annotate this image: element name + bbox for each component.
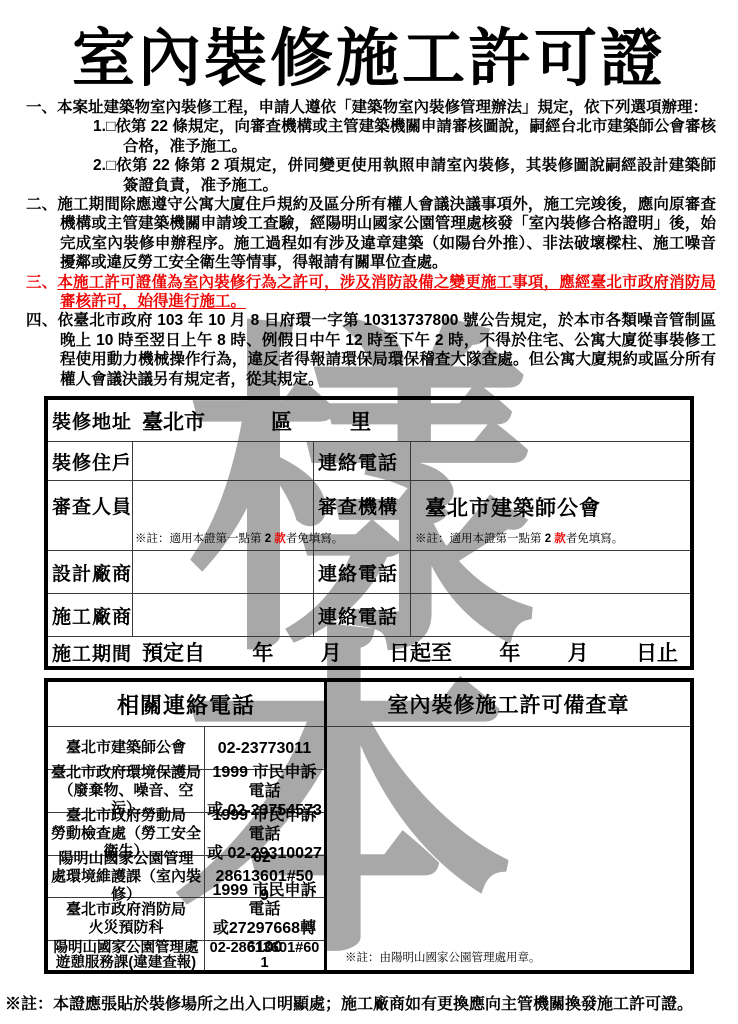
sub-item-text: 依第 22 條第 2 項規定，併同變更使用執照申請室內裝修，其裝修圖說嗣經設計建…: [116, 157, 716, 193]
review-org-label: 審查機構: [313, 481, 410, 550]
period-part: 年: [499, 637, 520, 667]
period-value-field: 預定自 年 月 日起至 年 月 日止: [132, 637, 690, 667]
contact-phone-value-field: [410, 594, 690, 636]
notice-item-1-sub-1: 1.□依第 22 條規定，向審查機構或主管建築機關申請審核圖說，嗣經台北市建築師…: [26, 117, 716, 156]
notice-section: 一、本案址建築物室內裝修工程，申請人遵依「建築物室內裝修管理辦法」規定，依下列選…: [26, 98, 716, 389]
reviewer-label: 審查人員: [48, 481, 132, 550]
item-text: 本施工許可證僅為室內裝修行為之許可，涉及消防設備之變更施工事項，應經臺北市政府消…: [57, 274, 716, 310]
form-row-contractor: 施工廠商 連絡電話: [48, 594, 690, 637]
item-text: 依臺北市政府 103 年 10 月 8 日府環一字第 10313737800 號…: [58, 312, 716, 387]
stamp-note: ※註：由陽明山國家公園管理處用章。: [345, 949, 541, 965]
address-district: 區: [271, 406, 292, 436]
checkbox-icon: □: [106, 157, 116, 174]
address-village: 里: [350, 406, 371, 436]
item-text: 本案址建築物室內裝修工程，申請人遵依「建築物室內裝修管理辦法」規定，依下列選項辦…: [57, 99, 708, 116]
notice-item-2: 二、施工期間除應遵守公寓大廈住戶規約及區分所有權人會議決議事項外，施工完竣後，應…: [26, 195, 716, 273]
form-row-resident: 裝修住戶 連絡電話: [48, 442, 690, 481]
permit-form-table: 裝修地址 臺北市 區 里 裝修住戶 連絡電話 審查人員 ※註：適用本證第一點第 …: [44, 396, 694, 670]
item-number: 四、: [26, 312, 58, 329]
period-label: 施工期間: [48, 637, 132, 667]
period-part: 預定自: [142, 637, 205, 667]
address-value-field: 臺北市 區 里: [132, 400, 690, 441]
address-label: 裝修地址: [48, 400, 132, 441]
contact-phone-label: 連絡電話: [313, 551, 410, 593]
contractor-label: 施工廠商: [48, 594, 132, 636]
notice-item-4: 四、依臺北市政府 103 年 10 月 8 日府環一字第 10313737800…: [26, 311, 716, 389]
table-row-agency: 陽明山國家公園管理處遊憩服務課(違建查報): [48, 941, 205, 971]
checkbox-icon: □: [106, 118, 115, 135]
stamp-area: ※註：由陽明山國家公園管理處用章。: [324, 727, 690, 971]
item-number: 一、: [26, 99, 57, 116]
contact-phone-table: 相關連絡電話 室內裝修施工許可備查章 ※註：由陽明山國家公園管理處用章。 臺北市…: [44, 678, 694, 974]
sub-item-text: 依第 22 條規定，向審查機構或主管建築機關申請審核圖說，嗣經台北市建築師公會審…: [115, 118, 716, 154]
review-org-value: 臺北市建築師公會: [411, 481, 690, 522]
period-part: 日起至: [389, 637, 452, 667]
reviewer-value-field: ※註：適用本證第一點第 2 款者免填寫。: [132, 481, 313, 550]
item-number: 二、: [26, 196, 57, 213]
table-row-phone: 1999 市民申訴電話或27297668轉6100: [205, 898, 324, 941]
table-row-agency: 陽明山國家公園管理處環境維護課（室內裝修）: [48, 856, 205, 898]
contact-phone-label: 連絡電話: [313, 594, 410, 636]
table-row-phone: 02-28613601#601: [205, 941, 324, 971]
contact-phone-value-field: [410, 442, 690, 480]
stamp-header: 室內裝修施工許可備查章: [324, 682, 690, 727]
form-row-reviewer: 審查人員 ※註：適用本證第一點第 2 款者免填寫。 審查機構 臺北市建築師公會 …: [48, 481, 690, 551]
notice-item-3-red: 三、本施工許可證僅為室內裝修行為之許可，涉及消防設備之變更施工事項，應經臺北市政…: [26, 273, 716, 312]
form-row-address: 裝修地址 臺北市 區 里: [48, 400, 690, 442]
notice-item-1: 一、本案址建築物室內裝修工程，申請人遵依「建築物室內裝修管理辦法」規定，依下列選…: [26, 98, 716, 117]
contractor-value-field: [132, 594, 313, 636]
period-part: 月: [568, 637, 589, 667]
contact-phone-label: 連絡電話: [313, 442, 410, 480]
period-part: 月: [321, 637, 342, 667]
item-text: 施工期間除應遵守公寓大廈住戶規約及區分所有權人會議決議事項外，施工完竣後，應向原…: [57, 196, 716, 271]
contact-phone-value-field: [410, 551, 690, 593]
resident-label: 裝修住戶: [48, 442, 132, 480]
designer-label: 設計廠商: [48, 551, 132, 593]
table-row-agency: 臺北市政府消防局火災預防科: [48, 898, 205, 941]
item-number: 三、: [26, 274, 57, 291]
period-part: 日止: [636, 637, 678, 667]
document-title: 室內裝修施工許可證: [0, 8, 738, 99]
designer-value-field: [132, 551, 313, 593]
address-city: 臺北市: [142, 406, 205, 436]
notice-item-1-sub-2: 2.□依第 22 條第 2 項規定，併同變更使用執照申請室內裝修，其裝修圖說嗣經…: [26, 156, 716, 195]
contacts-header: 相關連絡電話: [48, 682, 324, 727]
resident-value-field: [132, 442, 313, 480]
sub-item-number: 1.: [93, 118, 106, 135]
period-part: 年: [252, 637, 273, 667]
sub-item-number: 2.: [93, 157, 106, 174]
review-org-note: ※註：適用本證第一點第 2 款者免填寫。: [415, 530, 623, 546]
review-org-value-field: 臺北市建築師公會 ※註：適用本證第一點第 2 款者免填寫。: [410, 481, 690, 550]
footer-note: ※註：本證應張貼於裝修場所之出入口明顯處；施工廠商如有更換應向主管機關換發施工許…: [5, 991, 735, 1014]
form-row-period: 施工期間 預定自 年 月 日起至 年 月 日止: [48, 637, 690, 666]
form-row-designer: 設計廠商 連絡電話: [48, 551, 690, 594]
